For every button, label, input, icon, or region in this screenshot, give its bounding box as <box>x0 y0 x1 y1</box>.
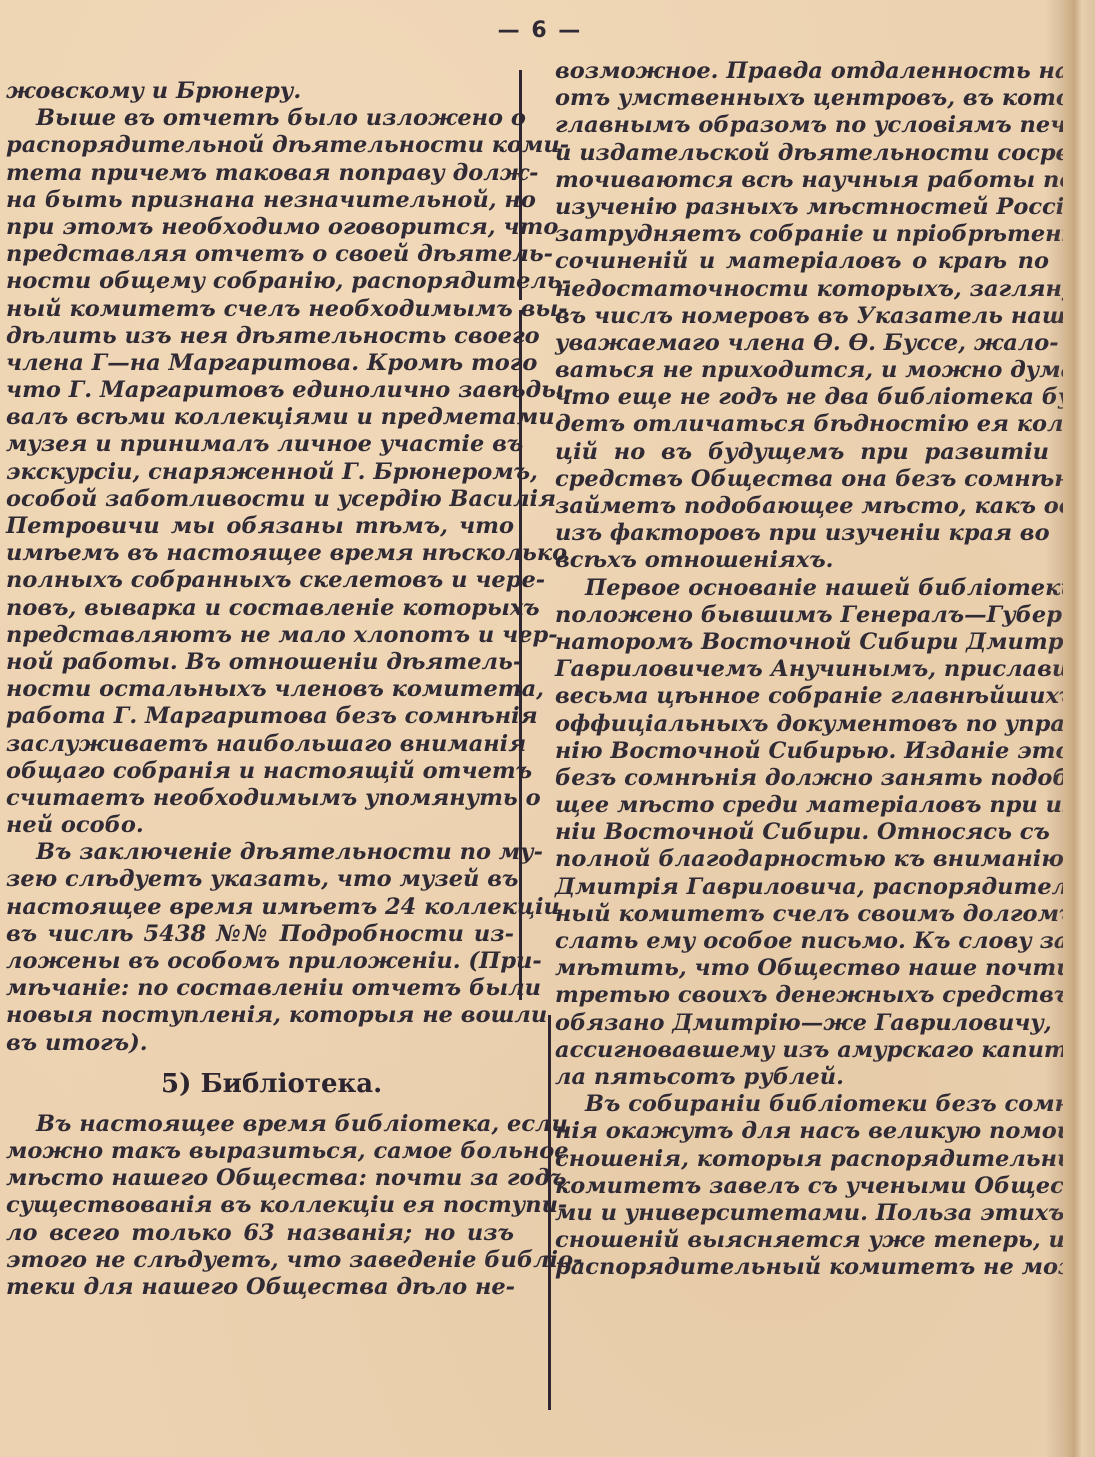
page-number: — 6 — <box>0 18 1080 43</box>
text-line: изъ факторовъ при изученіи края во <box>555 520 1049 547</box>
text-line: Петровичи мы обязаны тѣмъ, что <box>6 513 514 540</box>
text-line: Гавриловичемъ Анучинымъ, приславшимъ <box>555 656 1049 683</box>
section-heading: 5) Библіотека. <box>6 1057 514 1111</box>
text-line: дѣлить изъ нея дѣятельность своего <box>6 323 514 350</box>
text-line: ла пятьсотъ рублей. <box>555 1064 1049 1091</box>
column-divider <box>519 310 522 1000</box>
text-line: ассигновавшему изъ амурскаго капита- <box>555 1037 1049 1064</box>
page-fold <box>1063 0 1095 1457</box>
text-line: Въ настоящее время библіотека, если <box>6 1111 514 1138</box>
text-line: ней особо. <box>6 812 514 839</box>
text-line: Выше въ отчетѣ было изложено о <box>6 105 514 132</box>
text-line: ми и университетами. Польза этихъ <box>555 1200 1049 1227</box>
text-line: на быть признана незначительной, но <box>6 187 514 214</box>
text-line: отъ умственныхъ центровъ, въ которыхъ <box>555 85 1049 112</box>
text-line: при этомъ необходимо оговорится, что <box>6 214 514 241</box>
page-fold-shadow <box>1045 0 1063 1457</box>
text-line: положено бывшимъ Генералъ—Губер— <box>555 602 1049 629</box>
text-line: точиваются всѣ научныя работы по <box>555 167 1049 194</box>
text-line: представляютъ не мало хлопотъ и чер- <box>6 622 514 649</box>
text-line: Первое основаніе нашей библіотеки <box>555 575 1049 602</box>
text-line: третью своихъ денежныхъ средствъ <box>555 982 1049 1009</box>
text-line: Въ заключеніе дѣятельности по му- <box>6 839 514 866</box>
text-line: въ числѣ 5438 №№ Подробности из- <box>6 921 514 948</box>
text-line: музея и принималъ личное участіе въ <box>6 431 514 458</box>
text-line: теки для нашего Общества дѣло не- <box>6 1274 514 1301</box>
text-line: слать ему особое письмо. Къ слову за- <box>555 928 1049 955</box>
text-line: жовскому и Брюнеру. <box>6 78 514 105</box>
text-line: особой заботливости и усердію Василія <box>6 486 514 513</box>
text-line: средствъ Общества она безъ сомнѣнія <box>555 466 1049 493</box>
text-line: нія окажутъ для насъ великую помощь <box>555 1118 1049 1145</box>
text-line: работа Г. Маргаритова безъ сомнѣнія <box>6 703 514 730</box>
text-line: представляя отчетъ о своей дѣятель- <box>6 241 514 268</box>
text-line: нію Восточной Сибирью. Изданіе это <box>555 738 1049 765</box>
text-line: детъ отличаться бѣдностію ея коллек- <box>555 411 1049 438</box>
text-line: щее мѣсто среди матеріаловъ при изуче- <box>555 792 1049 819</box>
text-line: что Г. Маргаритовъ единолично завѣды- <box>6 377 514 404</box>
text-line: ности общему собранію, распорядитель- <box>6 268 514 295</box>
text-line: ло всего только 63 названія; но изъ <box>6 1220 514 1247</box>
text-line: сочиненій и матеріаловъ о краѣ по <box>555 248 1049 275</box>
text-line: ности остальныхъ членовъ комитета, <box>6 676 514 703</box>
text-line: возможное. Правда отдаленность наша <box>555 58 1049 85</box>
text-line: тета причемъ таковая поправу долж- <box>6 160 514 187</box>
text-line: что еще не годъ не два библіотека бу- <box>555 384 1049 411</box>
text-line: ніи Восточной Сибири. Относясь съ <box>555 819 1049 846</box>
text-line: экскурсіи, снаряженной Г. Брюнеромъ, <box>6 459 514 486</box>
text-line: сношеній выясняется уже теперь, и <box>555 1227 1049 1254</box>
text-line: ложены въ особомъ приложеніи. (При- <box>6 948 514 975</box>
text-line: распорядительный комитетъ не можетъ <box>555 1254 1049 1281</box>
text-line: новыя поступленія, которыя не вошли <box>6 1002 514 1029</box>
text-line: уважаемаго члена Ѳ. Ѳ. Буссе, жало- <box>555 330 1049 357</box>
text-line: настоящее время имѣетъ 24 коллекціи <box>6 894 514 921</box>
text-line: наторомъ Восточной Сибири Дмитріемъ <box>555 629 1049 656</box>
text-line: займетъ подобающее мѣсто, какъ одинъ <box>555 493 1049 520</box>
text-line: Дмитрія Гавриловича, распорядитель- <box>555 874 1049 901</box>
text-line: мѣтить, что Общество наше почти <box>555 955 1049 982</box>
left-column: жовскому и Брюнеру.Выше въ отчетѣ было и… <box>6 78 514 1301</box>
text-line: сношенія, которыя распорядительный <box>555 1146 1049 1173</box>
text-line: ваться не приходится, и можно думать, <box>555 357 1049 384</box>
text-line: валъ всѣми коллекціями и предметами <box>6 404 514 431</box>
text-line: существованія въ коллекціи ея поступи- <box>6 1192 514 1219</box>
text-line: мѣсто нашего Общества: почти за годъ <box>6 1165 514 1192</box>
text-line: всѣхъ отношеніяхъ. <box>555 547 1049 574</box>
text-line: весьма цѣнное собраніе главнѣйшихъ <box>555 683 1049 710</box>
text-line: распорядительной дѣятельности коми- <box>6 132 514 159</box>
text-line: въ числъ номеровъ въ Указатель нашего <box>555 303 1049 330</box>
text-line: главнымъ образомъ по условіямъ печати <box>555 112 1049 139</box>
text-line: можно такъ выразиться, самое больное <box>6 1138 514 1165</box>
text-line: и издательской дѣятельности сосредо- <box>555 140 1049 167</box>
text-line: общаго собранія и настоящій отчетъ <box>6 758 514 785</box>
text-line: зею слѣдуетъ указать, что музей въ <box>6 866 514 893</box>
text-line: заслуживаетъ наибольшаго вниманія <box>6 731 514 758</box>
text-line: безъ сомнѣнія должно занять подобаю- <box>555 765 1049 792</box>
text-line: недостаточности которыхъ, заглянувъ <box>555 276 1049 303</box>
text-line: ной работы. Въ отношеніи дѣятель- <box>6 649 514 676</box>
text-line: считаетъ необходимымъ упомянуть о <box>6 785 514 812</box>
text-line: оффиціальныхъ документовъ по управле- <box>555 711 1049 738</box>
text-line: повъ, выварка и составленіе которыхъ <box>6 595 514 622</box>
text-line: мѣчаніе: по составленіи отчетъ были <box>6 975 514 1002</box>
text-line: комитетъ завелъ съ учеными Общества- <box>555 1173 1049 1200</box>
text-line: полной благодарностью къ вниманію <box>555 846 1049 873</box>
text-line: цій но въ будущемъ при развитіи <box>555 439 1049 466</box>
text-line: обязано Дмитрію—же Гавриловичу, <box>555 1010 1049 1037</box>
text-line: этого не слѣдуетъ, что заведеніе библіо- <box>6 1247 514 1274</box>
text-line: члена Г—на Маргаритова. Кромѣ того <box>6 350 514 377</box>
column-divider <box>519 70 522 300</box>
text-line: въ итогъ). <box>6 1030 514 1057</box>
text-line: ный комитетъ счелъ своимъ долгомъ по- <box>555 901 1049 928</box>
text-line: имѣемъ въ настоящее время нѣсколько <box>6 540 514 567</box>
text-line: затрудняетъ собраніе и пріобрѣтеніе <box>555 221 1049 248</box>
text-line: изученію разныхъ мѣстностей Россіи, <box>555 194 1049 221</box>
right-column: возможное. Правда отдаленность нашаотъ у… <box>555 58 1049 1281</box>
text-line: ный комитетъ счелъ необходимымъ вы- <box>6 296 514 323</box>
text-line: Въ собираніи библіотеки безъ сомнѣ- <box>555 1091 1049 1118</box>
text-line: полныхъ собранныхъ скелетовъ и чере- <box>6 567 514 594</box>
column-divider <box>548 1015 551 1410</box>
